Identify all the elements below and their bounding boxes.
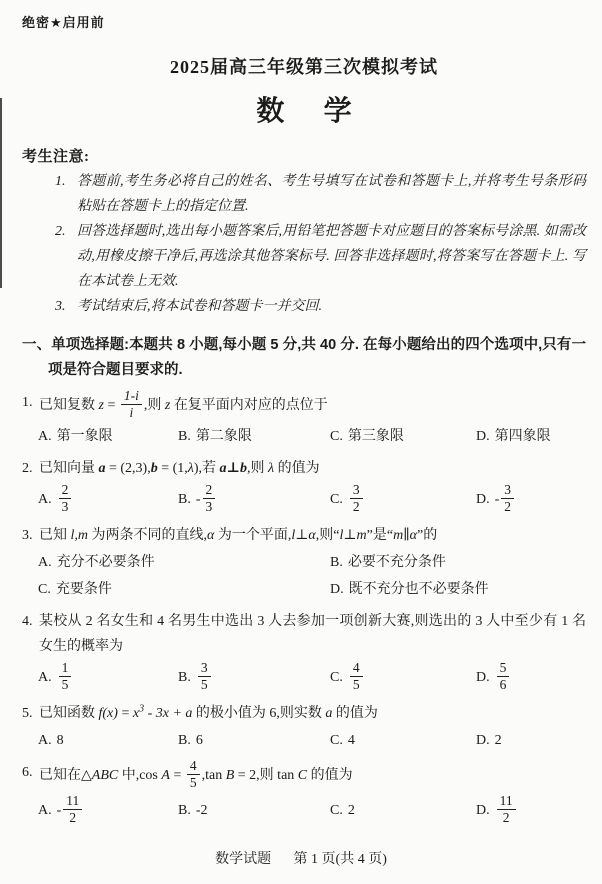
notice-item-number: 2. xyxy=(55,219,66,244)
option-label: B. xyxy=(178,492,191,507)
option-sign: - xyxy=(57,803,62,818)
notice-item-number: 3. xyxy=(55,294,66,319)
option-a: A.-112 xyxy=(38,795,178,827)
option-label: A. xyxy=(38,803,52,818)
option-d: D.112 xyxy=(476,795,586,827)
option-text: 必要不充分条件 xyxy=(348,555,446,570)
option-label: B. xyxy=(330,555,343,570)
question-6-stem: 6.已知在△ABC 中,cos A = 45,tan B = 2,则 tan C… xyxy=(22,760,586,792)
fraction: 35 xyxy=(198,660,211,692)
fraction: 112 xyxy=(497,793,516,825)
option-label: A. xyxy=(38,733,52,748)
notice-item-number: 1. xyxy=(55,169,66,194)
fraction: 1-ii xyxy=(121,388,142,420)
question-number: 3. xyxy=(22,523,33,548)
subject-title: 数学 xyxy=(22,89,586,129)
option-text: 4 xyxy=(348,733,355,748)
option-label: D. xyxy=(476,733,490,748)
question-2: 2.已知向量 a = (2,3),b = (1,λ),若 a⊥b,则 λ 的值为… xyxy=(22,456,586,516)
exam-page: 绝密★启用前 2025届高三年级第三次模拟考试 数学 考生注意: 1. 答题前,… xyxy=(0,0,602,884)
option-text: 第一象限 xyxy=(57,429,113,444)
fraction-numerator: 2 xyxy=(59,482,72,499)
option-c: C.第三象限 xyxy=(330,425,476,449)
stem-text: 为两条不同的直线, xyxy=(88,528,207,543)
option-a: A.充分不必要条件 xyxy=(38,551,330,575)
fraction-denominator: 3 xyxy=(59,499,72,515)
math-expression: a⊥b xyxy=(220,461,247,476)
fraction-numerator: 5 xyxy=(497,660,510,677)
stem-text: ,tan xyxy=(202,768,226,783)
fraction: 23 xyxy=(59,482,72,514)
option-text: 2 xyxy=(348,803,355,818)
option-sign: - xyxy=(495,492,500,507)
option-d: D.第四象限 xyxy=(476,425,586,449)
notice-item-2: 2. 回答选择题时,选出每小题答案后,用铅笔把答题卡对应题目的答案标号涂黑. 如… xyxy=(55,219,586,294)
math-var: C xyxy=(298,768,307,783)
option-text: 6 xyxy=(196,733,203,748)
fraction: 23 xyxy=(203,482,216,514)
option-a: A.15 xyxy=(38,662,178,694)
math-var: B xyxy=(226,768,235,783)
footer-doc-title: 数学试题 xyxy=(215,852,271,867)
option-label: C. xyxy=(38,582,51,597)
option-label: B. xyxy=(178,803,191,818)
stem-text: 已知函数 xyxy=(39,706,99,721)
stem-text: 在复平面内对应的点位于 xyxy=(170,398,328,413)
fraction: 45 xyxy=(350,660,363,692)
math-var: A xyxy=(161,768,170,783)
classification-label: 绝密★启用前 xyxy=(22,12,586,31)
option-text: 既不充分也不必要条件 xyxy=(349,582,489,597)
fraction: 32 xyxy=(501,482,514,514)
option-b: B.35 xyxy=(178,662,330,694)
stem-text: 的值为 xyxy=(274,461,320,476)
fraction-numerator: 1 xyxy=(59,660,72,677)
option-b: B.必要不充分条件 xyxy=(330,551,586,575)
stem-text: = xyxy=(170,768,185,783)
fraction-denominator: 5 xyxy=(350,677,363,693)
stem-text: 中,cos xyxy=(118,768,161,783)
stem-text: 的值为 xyxy=(307,768,353,783)
option-label: B. xyxy=(178,733,191,748)
question-5: 5.已知函数 f(x) = x3 - 3x + a 的极小值为 6,则实数 a … xyxy=(22,701,586,753)
fraction-denominator: 2 xyxy=(63,810,82,826)
question-3: 3.已知 l,m 为两条不同的直线,α 为一个平面,l⊥α,则“l⊥m”是“m∥… xyxy=(22,523,586,602)
question-number: 2. xyxy=(22,456,33,481)
stem-text: = (1, xyxy=(158,461,188,476)
question-number: 4. xyxy=(22,609,33,634)
question-1-stem: 1.已知复数 z = 1-ii,则 z 在复平面内对应的点位于 xyxy=(22,390,586,422)
stem-text: = 2,则 tan xyxy=(234,768,298,783)
fraction: 45 xyxy=(187,758,200,790)
fraction-numerator: 11 xyxy=(63,793,82,810)
stem-text: = xyxy=(118,706,133,721)
option-a: A.23 xyxy=(38,484,178,516)
stem-text: = xyxy=(104,398,119,413)
fraction-denominator: 5 xyxy=(187,775,200,791)
fraction-denominator: 5 xyxy=(59,677,72,693)
math-expression: - 3x + a xyxy=(144,706,192,721)
fraction-denominator: i xyxy=(121,405,142,421)
exam-title: 2025届高三年级第三次模拟考试 xyxy=(22,53,586,79)
notice-title: 考生注意: xyxy=(22,145,586,166)
option-label: D. xyxy=(476,803,490,818)
fraction-denominator: 2 xyxy=(497,810,516,826)
option-label: D. xyxy=(476,429,490,444)
math-expression: l⊥m xyxy=(339,528,366,543)
option-label: A. xyxy=(38,670,52,685)
option-sign: - xyxy=(196,492,201,507)
stem-text: 已知向量 xyxy=(39,461,99,476)
option-text: 2 xyxy=(495,733,502,748)
fraction-numerator: 2 xyxy=(203,482,216,499)
option-label: C. xyxy=(330,670,343,685)
option-a: A.第一象限 xyxy=(38,425,178,449)
fraction-denominator: 5 xyxy=(198,677,211,693)
math-expression: l⊥α xyxy=(291,528,315,543)
option-label: D. xyxy=(476,670,490,685)
question-3-stem: 3.已知 l,m 为两条不同的直线,α 为一个平面,l⊥α,则“l⊥m”是“m∥… xyxy=(22,523,586,548)
notice-list: 1. 答题前,考生务必将自己的姓名、考生号填写在试卷和答题卡上,并将考生号条形码… xyxy=(55,169,586,319)
option-c: C.32 xyxy=(330,484,476,516)
stem-text: ),若 xyxy=(194,461,220,476)
stem-text: 已知在 xyxy=(39,768,81,783)
math-vector: b xyxy=(151,461,158,476)
question-6-options: A.-112 B.-2 C.2 D.112 xyxy=(22,795,586,827)
stem-text: ”的 xyxy=(417,528,437,543)
math-vector: a xyxy=(99,461,106,476)
option-c: C.2 xyxy=(330,799,476,823)
scan-edge-artifact xyxy=(0,98,2,288)
option-text: 充要条件 xyxy=(56,582,112,597)
stem-text: 的极小值为 6,则实数 xyxy=(192,706,325,721)
option-b: B.-2 xyxy=(178,799,330,823)
question-number: 6. xyxy=(22,760,33,785)
math-function: f(x) xyxy=(99,706,118,721)
option-c: C.充要条件 xyxy=(38,578,330,602)
stem-text: ,则“ xyxy=(316,528,340,543)
fraction-numerator: 3 xyxy=(501,482,514,499)
question-number: 1. xyxy=(22,390,33,415)
fraction: 112 xyxy=(63,793,82,825)
question-2-options: A.23 B.-23 C.32 D.-32 xyxy=(22,484,586,516)
option-b: B.第二象限 xyxy=(178,425,330,449)
stem-text: 的值为 xyxy=(332,706,378,721)
fraction-denominator: 6 xyxy=(497,677,510,693)
question-5-stem: 5.已知函数 f(x) = x3 - 3x + a 的极小值为 6,则实数 a … xyxy=(22,701,586,726)
question-4-stem: 4.某校从 2 名女生和 4 名男生中选出 3 人去参加一项创新大赛,则选出的 … xyxy=(22,609,586,659)
question-2-stem: 2.已知向量 a = (2,3),b = (1,λ),若 a⊥b,则 λ 的值为 xyxy=(22,456,586,481)
fraction-denominator: 3 xyxy=(203,499,216,515)
option-label: C. xyxy=(330,733,343,748)
option-d: D.既不充分也不必要条件 xyxy=(330,578,586,602)
question-number: 5. xyxy=(22,701,33,726)
option-label: C. xyxy=(330,803,343,818)
fraction-numerator: 11 xyxy=(497,793,516,810)
option-label: B. xyxy=(178,429,191,444)
stem-text: 某校从 2 名女生和 4 名男生中选出 3 人去参加一项创新大赛,则选出的 3 … xyxy=(39,614,586,654)
fraction-numerator: 3 xyxy=(350,482,363,499)
fraction: 56 xyxy=(497,660,510,692)
option-label: A. xyxy=(38,429,52,444)
footer-page-number: 第 1 页(共 4 页) xyxy=(294,852,387,867)
math-triangle: △ABC xyxy=(81,768,118,783)
math-var: l,m xyxy=(71,528,89,543)
question-4: 4.某校从 2 名女生和 4 名男生中选出 3 人去参加一项创新大赛,则选出的 … xyxy=(22,609,586,694)
page-footer: 数学试题第 1 页(共 4 页) xyxy=(0,848,602,868)
candidate-notice: 考生注意: 1. 答题前,考生务必将自己的姓名、考生号填写在试卷和答题卡上,并将… xyxy=(22,145,586,319)
question-5-options: A.8 B.6 C.4 D.2 xyxy=(22,729,586,753)
notice-item-1: 1. 答题前,考生务必将自己的姓名、考生号填写在试卷和答题卡上,并将考生号条形码… xyxy=(55,169,586,219)
fraction-numerator: 4 xyxy=(187,758,200,775)
fraction-numerator: 1-i xyxy=(121,388,142,405)
option-b: B.-23 xyxy=(178,484,330,516)
fraction-numerator: 3 xyxy=(198,660,211,677)
option-d: D.56 xyxy=(476,662,586,694)
option-text: 8 xyxy=(57,733,64,748)
math-expression: m∥α xyxy=(393,528,417,543)
question-3-options: A.充分不必要条件 B.必要不充分条件 C.充要条件 D.既不充分也不必要条件 xyxy=(22,551,586,602)
question-6: 6.已知在△ABC 中,cos A = 45,tan B = 2,则 tan C… xyxy=(22,760,586,827)
stem-text: ,则 xyxy=(144,398,165,413)
question-1: 1.已知复数 z = 1-ii,则 z 在复平面内对应的点位于 A.第一象限 B… xyxy=(22,390,586,449)
question-1-options: A.第一象限 B.第二象限 C.第三象限 D.第四象限 xyxy=(22,425,586,449)
stem-text: 已知复数 xyxy=(39,398,99,413)
option-label: A. xyxy=(38,492,52,507)
notice-item-text: 考试结束后,将本试卷和答题卡一并交回. xyxy=(77,299,322,314)
option-label: C. xyxy=(330,429,343,444)
option-text: 第二象限 xyxy=(196,429,252,444)
option-b: B.6 xyxy=(178,729,330,753)
notice-item-text: 答题前,考生务必将自己的姓名、考生号填写在试卷和答题卡上,并将考生号条形码粘贴在… xyxy=(77,174,586,214)
option-text: -2 xyxy=(196,803,208,818)
option-text: 第四象限 xyxy=(495,429,551,444)
option-label: D. xyxy=(476,492,490,507)
option-text: 充分不必要条件 xyxy=(57,555,155,570)
option-c: C.4 xyxy=(330,729,476,753)
notice-item-text: 回答选择题时,选出每小题答案后,用铅笔把答题卡对应题目的答案标号涂黑. 如需改动… xyxy=(77,224,586,289)
option-a: A.8 xyxy=(38,729,178,753)
section-1-heading: 一、单项选择题:本题共 8 小题,每小题 5 分,共 40 分. 在每小题给出的… xyxy=(22,333,586,383)
stem-text: 已知 xyxy=(39,528,71,543)
option-label: C. xyxy=(330,492,343,507)
fraction: 15 xyxy=(59,660,72,692)
stem-text: = (2,3), xyxy=(106,461,151,476)
notice-item-3: 3. 考试结束后,将本试卷和答题卡一并交回. xyxy=(55,294,586,319)
fraction-numerator: 4 xyxy=(350,660,363,677)
fraction-denominator: 2 xyxy=(501,499,514,515)
fraction-denominator: 2 xyxy=(350,499,363,515)
option-text: 第三象限 xyxy=(348,429,404,444)
stem-text: ,则 xyxy=(247,461,268,476)
option-d: D.2 xyxy=(476,729,586,753)
option-label: A. xyxy=(38,555,52,570)
question-4-options: A.15 B.35 C.45 D.56 xyxy=(22,662,586,694)
option-label: D. xyxy=(330,582,344,597)
fraction: 32 xyxy=(350,482,363,514)
stem-text: ”是“ xyxy=(367,528,393,543)
option-d: D.-32 xyxy=(476,484,586,516)
option-c: C.45 xyxy=(330,662,476,694)
stem-text: 为一个平面, xyxy=(214,528,291,543)
option-label: B. xyxy=(178,670,191,685)
